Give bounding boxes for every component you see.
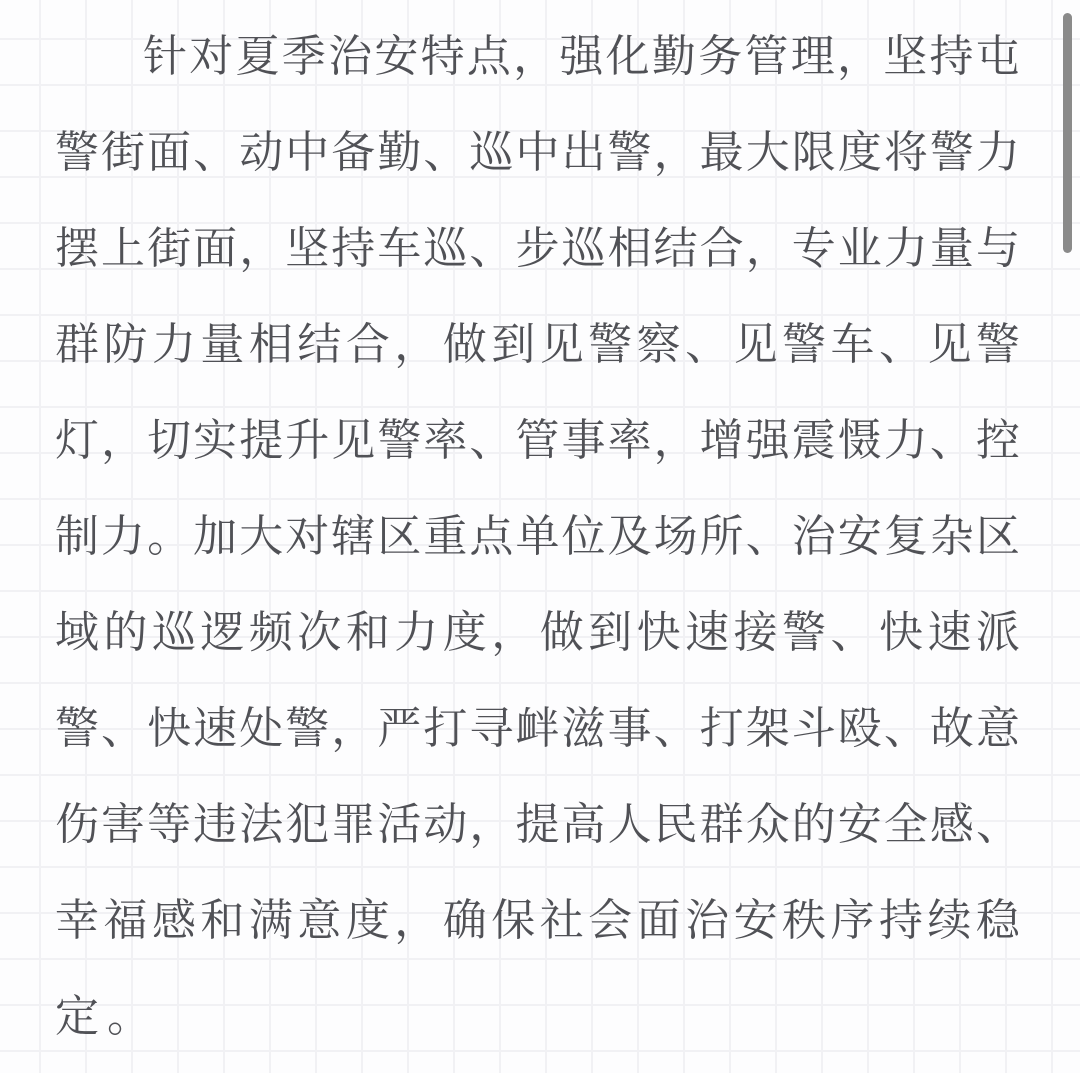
text-line: 伤害等违法犯罪活动，提高人民群众的安全感、 bbox=[55, 777, 1020, 873]
text-line: 域的巡逻频次和力度，做到快速接警、快速派 bbox=[55, 585, 1020, 681]
text-line: 群防力量相结合，做到见警察、见警车、见警 bbox=[55, 297, 1020, 393]
document-page: 针对夏季治安特点，强化勤务管理，坚持屯 警街面、动中备勤、巡中出警，最大限度将警… bbox=[0, 0, 1080, 1073]
text-line: 警、快速处警，严打寻衅滋事、打架斗殴、故意 bbox=[55, 681, 1020, 777]
text-line: 定。 bbox=[55, 969, 1020, 1065]
text-line: 幸福感和满意度，确保社会面治安秩序持续稳 bbox=[55, 873, 1020, 969]
text-line: 摆上街面，坚持车巡、步巡相结合，专业力量与 bbox=[55, 201, 1020, 297]
text-line: 制力。加大对辖区重点单位及场所、治安复杂区 bbox=[55, 489, 1020, 585]
paragraph: 针对夏季治安特点，强化勤务管理，坚持屯 警街面、动中备勤、巡中出警，最大限度将警… bbox=[55, 9, 1020, 1065]
text-line: 灯，切实提升见警率、管事率，增强震慑力、控 bbox=[55, 393, 1020, 489]
text-line: 针对夏季治安特点，强化勤务管理，坚持屯 bbox=[55, 9, 1020, 105]
text-line: 警街面、动中备勤、巡中出警，最大限度将警力 bbox=[55, 105, 1020, 201]
scrollbar-thumb[interactable] bbox=[1063, 13, 1072, 253]
